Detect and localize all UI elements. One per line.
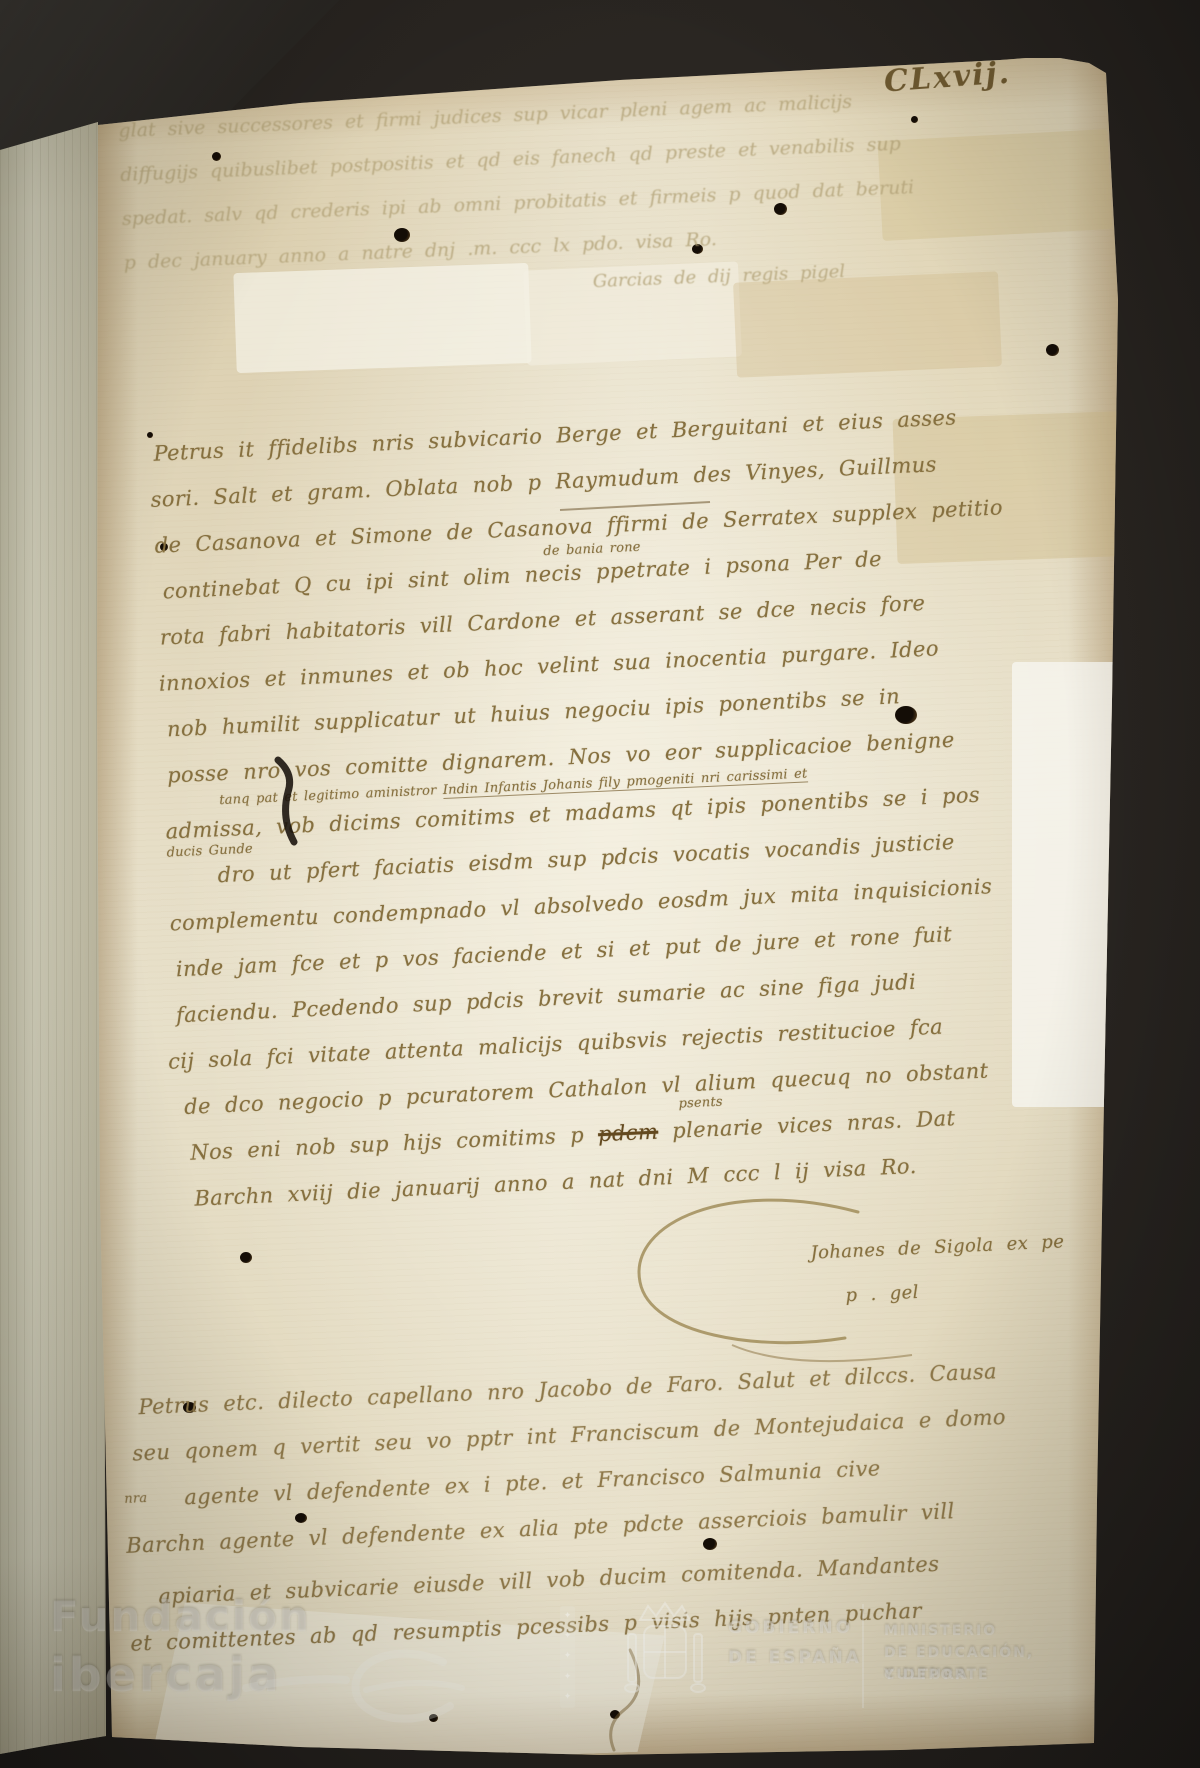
watermark-ibercaja: Fundación ibercaja [48, 1592, 488, 1762]
marginal-note: ducis Gunde [166, 842, 253, 861]
ministerio-line2: DE EDUCACIÓN, CULTURA [884, 1642, 1080, 1686]
notarial-paraph-icon [639, 1200, 858, 1343]
bottom-text-block: Petrus etc. dilecto capellano nro Jacobo… [120, 1359, 999, 1396]
scribe-signature: p . gel [845, 1282, 919, 1306]
right-edge-stain [1068, 55, 1126, 1757]
wormhole [147, 432, 153, 438]
watermark-divider [862, 1604, 864, 1708]
gobierno-line1: GOBIERNO [728, 1618, 853, 1638]
star-icon: ✦ [564, 1673, 572, 1682]
repair-paper-patch [1012, 662, 1124, 1107]
main-text-block: Petrus it ffidelibs nris subvicario Berg… [148, 404, 977, 442]
interlinear-addition: psents [678, 1095, 723, 1112]
manuscript-line: Barchn xviij die januarij anno a nat dni… [194, 1154, 917, 1211]
watermark-gobierno: ✦ ✦ ✦ ✦ ✦ GOBIERNO DE ESPAÑA MINISTERIO … [560, 1596, 1080, 1736]
page-fore-edges [0, 0, 112, 1768]
ministerio-line3: Y DEPORTE [884, 1664, 990, 1686]
wormhole [911, 116, 918, 123]
manuscript-page: CLxvij. glat sive successores et firmi j… [96, 55, 1128, 1757]
stain-patch [893, 411, 1128, 564]
wormhole [774, 203, 787, 215]
star-icon: ✦ [564, 1632, 572, 1641]
stain-patch [233, 263, 531, 373]
manuscript-photograph: { "manuscript": { "folio_number": "CLxvi… [0, 0, 1200, 1768]
interlinear-addition: de bania rone [543, 540, 641, 559]
star-icon: ✦ [564, 1652, 572, 1661]
registrar-signature: Garcias de dij regis pigel [592, 261, 845, 292]
wormhole [295, 1513, 307, 1523]
wormhole [240, 1252, 252, 1263]
star-icon: ✦ [564, 1612, 572, 1621]
manuscript-line-text: Nos eni nob sup hijs comitims p [190, 1122, 599, 1164]
manuscript-line: Barchn agente vl defendente ex alia pte … [126, 1499, 955, 1558]
manuscript-line-text: plenarie vices nras. Dat [658, 1106, 956, 1143]
struck-word: pdcm [598, 1120, 659, 1147]
interlinear-addition-text: tanq pat et legitimo aministror [219, 783, 443, 808]
ministerio-line1: MINISTERIO [884, 1620, 997, 1642]
manuscript-line: p dec january anno a natre dnj .m. ccc l… [123, 228, 717, 274]
scribe-signature: Johanes de Sigola ex pe [810, 1231, 1065, 1264]
manuscript-line: rota fabri habitatoris vill Cardone et a… [159, 591, 925, 650]
ibercaja-swoosh-icon [238, 1640, 478, 1740]
manuscript-line: diffugijs quibuslibet postpositis et qd … [120, 133, 901, 186]
marginal-note: nra [124, 1491, 148, 1507]
manuscript-line: dro ut pfert faciatis eisdm sup pdcis vo… [217, 830, 955, 887]
manuscript-line: nob humilit supplicatur ut huius negociu… [167, 684, 901, 741]
wormhole [703, 1538, 717, 1550]
star-icon: ✦ [564, 1693, 572, 1702]
ibercaja-line1: Fundación [50, 1592, 311, 1641]
spain-coat-of-arms-icon [622, 1598, 708, 1708]
folio-number: CLxvij. [883, 56, 1012, 100]
signature-flourish [732, 1345, 912, 1361]
manuscript-line: Nos eni nob sup hijs comitims p pdcm ple… [190, 1106, 956, 1165]
wormhole [1046, 344, 1059, 356]
gobierno-line2: DE ESPAÑA [728, 1648, 862, 1668]
manuscript-line: faciendu. Pcedendo sup pdcis brevit suma… [175, 970, 916, 1028]
wormhole [895, 706, 917, 724]
manuscript-line: continebat Q cu ipi sint olim necis ppet… [162, 547, 882, 604]
stain-patch [733, 271, 1002, 377]
manuscript-line: spedat. salv qd crederis ipi ab omni pro… [122, 176, 915, 230]
manuscript-line: agente vl defendente ex i pte. et Franci… [184, 1456, 881, 1509]
eu-stars-ribbon-icon: ✦ ✦ ✦ ✦ ✦ [560, 1606, 575, 1708]
